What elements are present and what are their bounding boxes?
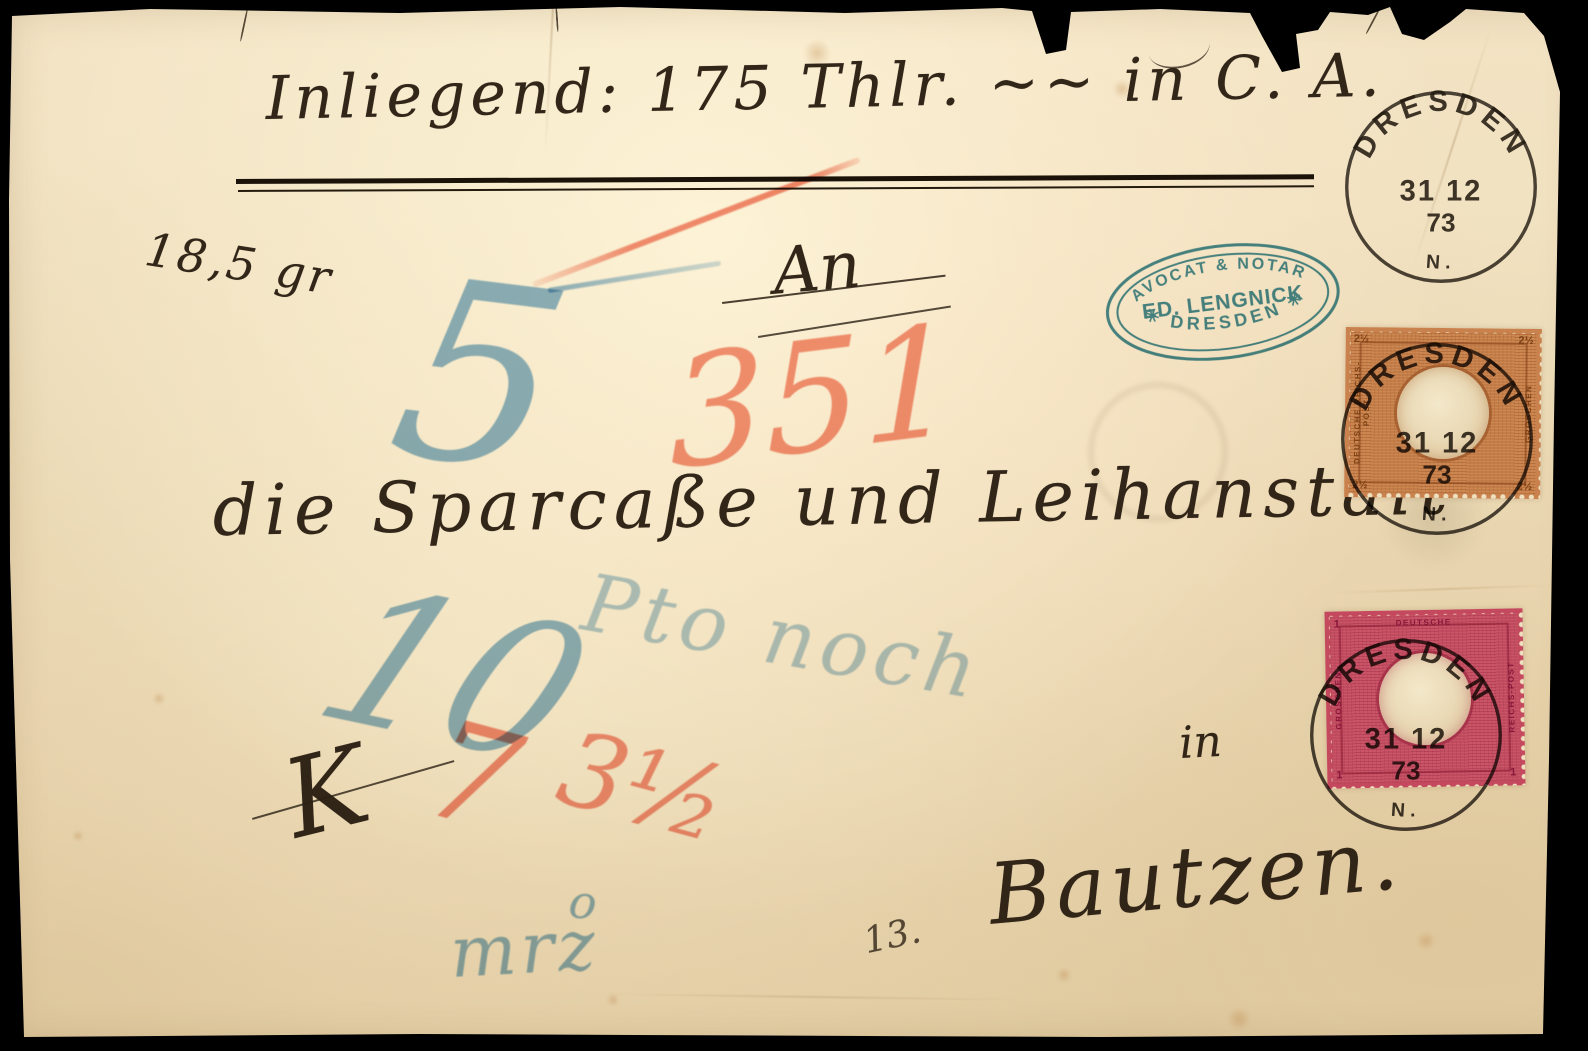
photographed-postal-cover: Inliegend: 175 Thlr. ~~ in C. A. 18,5 gr… <box>0 0 1588 1051</box>
envelope: Inliegend: 175 Thlr. ~~ in C. A. 18,5 gr… <box>0 0 1588 1051</box>
ink-mark <box>1051 13 1067 51</box>
paper-edge-shading <box>0 0 1588 1051</box>
